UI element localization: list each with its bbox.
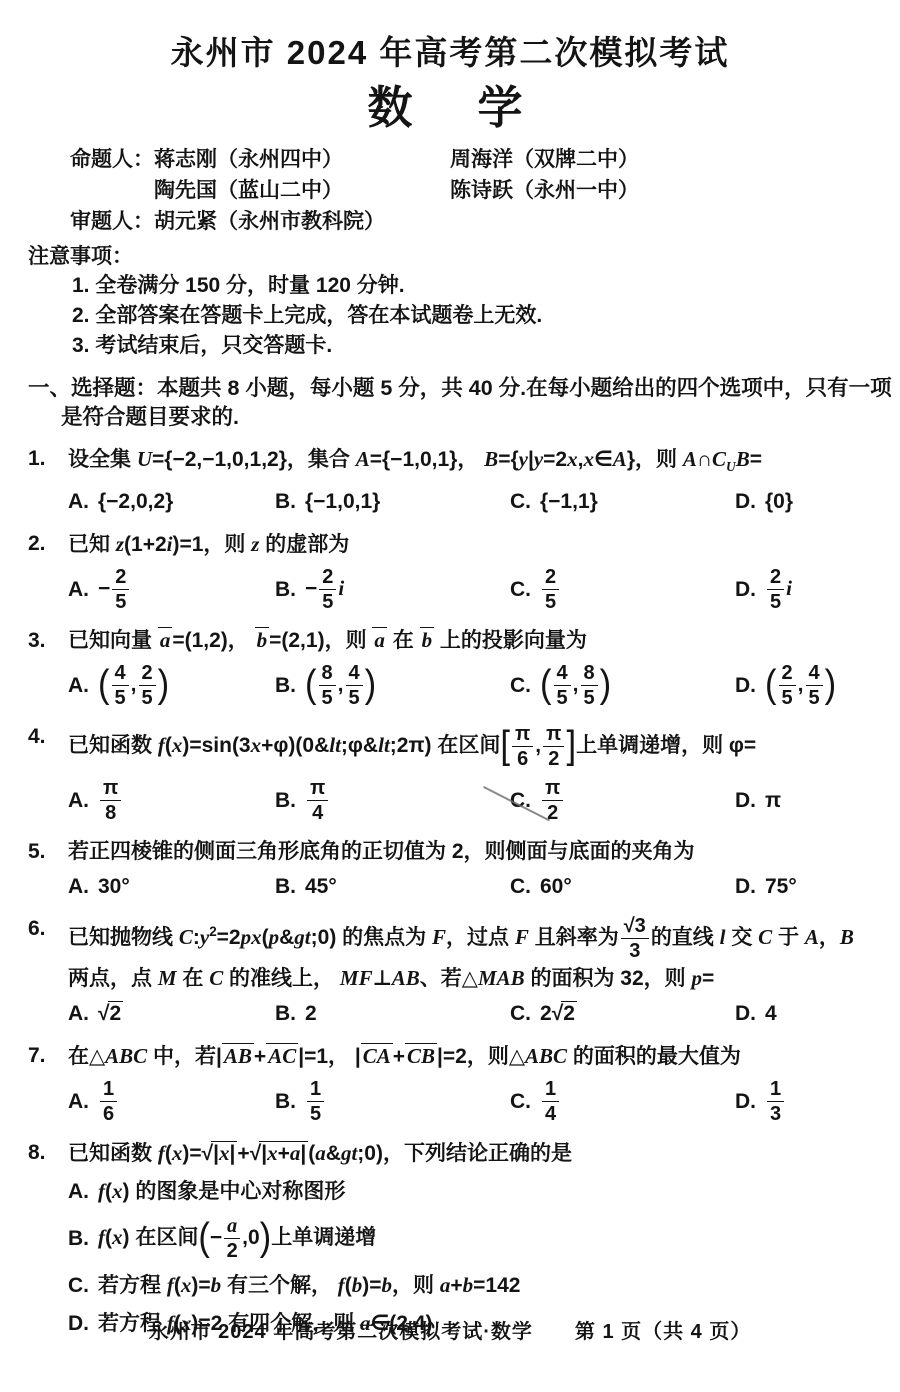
option-value: 25 (540, 565, 561, 614)
notice-item: 3. 考试结束后，只交答题卡. (72, 331, 900, 361)
option: B.f(x) 在区间(−a2,0)上单调递增 (68, 1214, 900, 1263)
option-value: π4 (305, 776, 330, 825)
question: 1.设全集 U={−2,−1,0,1,2}，集合 A={−1,0,1}， B={… (28, 444, 900, 517)
numerator: 2 (767, 566, 784, 590)
fraction: 13 (767, 1078, 784, 1125)
fraction: 45 (806, 662, 823, 709)
fraction: 45 (346, 662, 363, 709)
notice-item: 1. 全卷满分 150 分，时量 120 分钟. (72, 271, 900, 301)
people-row: 命题人：蒋志刚（永州四中）周海洋（双牌二中） (70, 144, 900, 175)
option-label: B. (68, 1224, 89, 1254)
people-role-label: 命题人： (70, 144, 154, 175)
question-stem-row: 6.已知抛物线 C:y2=2px(p&gt;0) 的焦点为 F，过点 F 且斜率… (28, 914, 900, 994)
people-row: 审题人：胡元紧（永州市教科院） (70, 206, 900, 237)
denominator: 2 (227, 1239, 238, 1262)
option-value: 16 (98, 1077, 119, 1126)
question-stem: 已知向量 a=(1,2)， b=(2,1)，则 a 在 b 上的投影向量为 (68, 626, 864, 656)
numerator: 1 (100, 1078, 117, 1102)
notice-title: 注意事项： (28, 243, 900, 271)
fraction: 25 (767, 566, 784, 613)
option-value: 2 (305, 999, 317, 1029)
vector-overline: a (372, 627, 387, 652)
numerator: π (100, 777, 121, 801)
numerator: a (224, 1215, 240, 1239)
option-label: A. (68, 786, 89, 816)
option-value: 4 (765, 999, 777, 1029)
page-footer: 永州市 2024 年高考第二次模拟考试·数学 第 1 页（共 4 页） (0, 1315, 900, 1344)
option-label: B. (275, 487, 296, 517)
person-name (450, 206, 900, 237)
option-label: B. (275, 872, 296, 902)
fraction: 16 (100, 1078, 117, 1125)
option: C.60° (510, 872, 735, 902)
question-stem: 已知函数 f(x)=√|x|+√|x+a|(a&gt;0)，下列结论正确的是 (68, 1138, 864, 1169)
question-stem: 已知 z(1+2i)=1，则 z 的虚部为 (68, 529, 864, 560)
numerator: π (307, 777, 328, 801)
question: 5.若正四棱锥的侧面三角形底角的正切值为 2，则侧面与底面的夹角为A.30°B.… (28, 837, 900, 902)
option: C.25 (510, 565, 735, 614)
person-name: 陈诗跃（永州一中） (450, 175, 900, 206)
big-paren-right: ) (365, 669, 377, 702)
numerator: 4 (112, 662, 129, 686)
numerator: 2 (139, 662, 156, 686)
option-label: A. (68, 1087, 89, 1117)
option-label: B. (275, 1087, 296, 1117)
fraction: √33 (621, 915, 649, 962)
options: A.30°B.45°C.60°D.75° (28, 872, 900, 902)
fraction: 45 (554, 662, 571, 709)
option-label: A. (68, 487, 89, 517)
option-value: 25i (765, 565, 792, 614)
big-paren-left: ( (765, 669, 777, 702)
option-value: 14 (540, 1077, 561, 1126)
option-value: f(x) 在区间(−a2,0)上单调递增 (98, 1214, 376, 1263)
radical: √|x+a| (250, 1142, 309, 1165)
question-stem-row: 5.若正四棱锥的侧面三角形底角的正切值为 2，则侧面与底面的夹角为 (28, 837, 900, 867)
option: B.45° (275, 872, 510, 902)
options: A.√2B.2C.2√2D.4 (28, 999, 900, 1029)
option-value: −25 (98, 565, 131, 614)
option-value: 60° (540, 872, 572, 902)
option: D.75° (735, 872, 900, 902)
option: C.14 (510, 1077, 735, 1126)
fraction: 25 (112, 566, 129, 613)
question-stem-row: 4.已知函数 f(x)=sin(3x+φ)(0&lt;φ&lt;2π) 在区间[… (28, 722, 900, 771)
option-label: C. (510, 999, 531, 1029)
question: 3.已知向量 a=(1,2)， b=(2,1)，则 a 在 b 上的投影向量为A… (28, 626, 900, 710)
option-label: A. (68, 671, 89, 701)
exam-page: 永州市 2024 年高考第二次模拟考试 数 学 命题人：蒋志刚（永州四中）周海洋… (0, 0, 900, 1392)
numerator: 2 (319, 566, 336, 590)
fraction: 25 (319, 566, 336, 613)
numerator: π (543, 723, 564, 747)
option: B.−25i (275, 565, 510, 614)
option-label: B. (275, 786, 296, 816)
denominator: 5 (782, 686, 793, 709)
option-label: C. (510, 872, 531, 902)
numerator: π (512, 723, 533, 747)
denominator: 5 (584, 686, 595, 709)
option-value: √2 (98, 999, 123, 1029)
numerator: 2 (542, 566, 559, 590)
options: A.−25B.−25iC.25D.25i (28, 565, 900, 614)
question-stem-row: 1.设全集 U={−2,−1,0,1,2}，集合 A={−1,0,1}， B={… (28, 444, 900, 482)
numerator: 4 (554, 662, 571, 686)
denominator: 6 (517, 747, 528, 770)
radical: √|x| (202, 1142, 238, 1165)
option: C.(45,85) (510, 661, 735, 710)
denominator: 5 (349, 686, 360, 709)
question: 2.已知 z(1+2i)=1，则 z 的虚部为A.−25B.−25iC.25D.… (28, 529, 900, 614)
question-number: 4. (28, 722, 68, 771)
denominator: 4 (545, 1102, 556, 1125)
person-name: 陶先国（蓝山二中） (154, 175, 450, 206)
option: A.−25 (68, 565, 275, 614)
people-row: 陶先国（蓝山二中）陈诗跃（永州一中） (70, 175, 900, 206)
big-paren-left: ( (540, 669, 552, 702)
option-label: B. (275, 575, 296, 605)
option-value: (25,45) (765, 661, 836, 710)
section-heading: 一、选择题：本题共 8 小题，每小题 5 分，共 40 分.在每小题给出的四个选… (28, 374, 899, 432)
option: D.{0} (735, 487, 900, 517)
option: B.{−1,0,1} (275, 487, 510, 517)
option-label: D. (735, 575, 756, 605)
denominator: 5 (557, 686, 568, 709)
option: C.{−1,1} (510, 487, 735, 517)
option: A.π8 (68, 776, 275, 825)
numerator: 1 (307, 1078, 324, 1102)
question-stem-row: 2.已知 z(1+2i)=1，则 z 的虚部为 (28, 529, 900, 560)
option-value: {−2,0,2} (98, 487, 173, 517)
option-label: D. (735, 487, 756, 517)
fraction: 25 (139, 662, 156, 709)
option-label: B. (275, 671, 296, 701)
question-stem: 若正四棱锥的侧面三角形底角的正切值为 2，则侧面与底面的夹角为 (68, 837, 864, 867)
exam-setters: 命题人：蒋志刚（永州四中）周海洋（双牌二中）陶先国（蓝山二中）陈诗跃（永州一中）… (70, 144, 900, 237)
question-number: 5. (28, 837, 68, 867)
option-label: C. (510, 575, 531, 605)
question-number: 8. (28, 1138, 68, 1169)
option-value: π8 (98, 776, 123, 825)
options: A.π8B.π4C.π2D.π (28, 776, 900, 825)
radicand: |x+a| (259, 1141, 308, 1165)
fraction: π4 (307, 777, 328, 824)
big-paren-left: ( (98, 669, 110, 702)
fraction: 45 (112, 662, 129, 709)
question: 8.已知函数 f(x)=√|x|+√|x+a|(a&gt;0)，下列结论正确的是… (28, 1138, 900, 1339)
option: C.若方程 f(x)=b 有三个解， f(b)=b，则 a+b=142 (68, 1270, 900, 1301)
option-label: D. (735, 671, 756, 701)
fraction: 85 (581, 662, 598, 709)
big-bracket-left: [ (500, 730, 510, 763)
superscript: 2 (209, 924, 216, 939)
fraction: π8 (100, 777, 121, 824)
denominator: 4 (312, 801, 323, 824)
option: D.π (735, 786, 900, 816)
question-number: 3. (28, 626, 68, 656)
radicand: 2 (561, 1001, 577, 1025)
options: A.(45,25)B.(85,45)C.(45,85)D.(25,45) (28, 661, 900, 710)
denominator: 8 (105, 801, 116, 824)
question: 4.已知函数 f(x)=sin(3x+φ)(0&lt;φ&lt;2π) 在区间[… (28, 722, 900, 825)
option-label: D. (735, 999, 756, 1029)
option-value: 2√2 (540, 999, 577, 1029)
option: A.√2 (68, 999, 275, 1029)
big-paren-right: ) (158, 669, 170, 702)
fraction: 25 (542, 566, 559, 613)
option-value: −25i (305, 565, 344, 614)
big-paren-left: ( (198, 1222, 210, 1255)
option-label: C. (68, 1271, 89, 1301)
vector-overline: a (158, 627, 173, 652)
big-paren-right: ) (260, 1222, 272, 1255)
option: A.16 (68, 1077, 275, 1126)
option-label: B. (275, 999, 296, 1029)
big-paren-left: ( (305, 669, 317, 702)
option-label: C. (510, 671, 531, 701)
numerator: 8 (319, 662, 336, 686)
options: A.{−2,0,2}B.{−1,0,1}C.{−1,1}D.{0} (28, 487, 900, 517)
denominator: 3 (629, 939, 640, 962)
people-role-label: 审题人： (70, 206, 154, 237)
fraction: a2 (224, 1215, 240, 1262)
numerator: 1 (767, 1078, 784, 1102)
option-label: C. (510, 487, 531, 517)
notice-list: 1. 全卷满分 150 分，时量 120 分钟.2. 全部答案在答题卡上完成，答… (72, 271, 900, 361)
numerator: 4 (346, 662, 363, 686)
option: A.30° (68, 872, 275, 902)
vector-overline: AC (266, 1043, 298, 1068)
person-name: 蒋志刚（永州四中） (154, 144, 450, 175)
option: A.f(x) 的图象是中心对称图形 (68, 1176, 900, 1207)
exam-title: 永州市 2024 年高考第二次模拟考试 (0, 30, 900, 76)
denominator: 5 (115, 590, 126, 613)
people-role-label (70, 175, 154, 206)
option-value: 若方程 f(x)=b 有三个解， f(b)=b，则 a+b=142 (98, 1270, 520, 1301)
big-paren-right: ) (825, 669, 837, 702)
question-number: 2. (28, 529, 68, 560)
vector-overline: AB (222, 1043, 254, 1068)
fraction: 85 (319, 662, 336, 709)
option-value: (45,25) (98, 661, 169, 710)
vector-overline: b (255, 627, 270, 652)
numerator: π (542, 777, 563, 801)
numerator: √3 (621, 915, 649, 939)
denominator: 5 (310, 1102, 321, 1125)
question-stem: 已知函数 f(x)=sin(3x+φ)(0&lt;φ&lt;2π) 在区间[π6… (68, 722, 864, 771)
numerator: 1 (542, 1078, 559, 1102)
option-value: 75° (765, 872, 797, 902)
denominator: 5 (142, 686, 153, 709)
option: A.{−2,0,2} (68, 487, 275, 517)
denominator: 2 (548, 747, 559, 770)
option: B.2 (275, 999, 510, 1029)
fraction: π2 (543, 723, 564, 770)
numerator: 4 (806, 662, 823, 686)
big-paren-right: ) (600, 669, 612, 702)
option-label: C. (510, 1087, 531, 1117)
subscript: U (726, 459, 736, 474)
fraction: 15 (307, 1078, 324, 1125)
option: D.25i (735, 565, 900, 614)
denominator: 5 (809, 686, 820, 709)
option-value: f(x) 的图象是中心对称图形 (98, 1176, 345, 1207)
option-value: π (765, 786, 781, 816)
big-bracket-right: ] (566, 730, 576, 763)
subject-title: 数 学 (0, 80, 900, 136)
question-stem-row: 8.已知函数 f(x)=√|x|+√|x+a|(a&gt;0)，下列结论正确的是 (28, 1138, 900, 1169)
question-stem: 已知抛物线 C:y2=2px(p&gt;0) 的焦点为 F，过点 F 且斜率为√… (68, 914, 864, 994)
numerator: 2 (112, 566, 129, 590)
person-name: 胡元紧（永州市教科院） (154, 206, 450, 237)
vector-overline: CA (361, 1043, 393, 1068)
question-stem: 设全集 U={−2,−1,0,1,2}，集合 A={−1,0,1}， B={y|… (68, 444, 864, 482)
denominator: 5 (322, 590, 333, 613)
option: D.13 (735, 1077, 900, 1126)
question: 7.在△ABC 中，若|AB+AC|=1， |CA+CB|=2，则△ABC 的面… (28, 1041, 900, 1126)
question-number: 1. (28, 444, 68, 482)
radical: √2 (98, 1002, 123, 1025)
question-stem: 在△ABC 中，若|AB+AC|=1， |CA+CB|=2，则△ABC 的面积的… (68, 1041, 864, 1072)
option: C.2√2 (510, 999, 735, 1029)
option: D.(25,45) (735, 661, 900, 710)
option-value: 30° (98, 872, 130, 902)
option-value: 45° (305, 872, 337, 902)
option-value: 15 (305, 1077, 326, 1126)
fraction: π6 (512, 723, 533, 770)
questions: 1.设全集 U={−2,−1,0,1,2}，集合 A={−1,0,1}， B={… (0, 444, 900, 1339)
denominator: 5 (322, 686, 333, 709)
numerator: 8 (581, 662, 598, 686)
option-label: D. (735, 786, 756, 816)
option: B.(85,45) (275, 661, 510, 710)
option: D.4 (735, 999, 900, 1029)
vector-overline: CB (405, 1043, 437, 1068)
option-value: {−1,1} (540, 487, 598, 517)
option-value: {−1,0,1} (305, 487, 380, 517)
denominator: 6 (103, 1102, 114, 1125)
option: A.(45,25) (68, 661, 275, 710)
fraction: 25 (779, 662, 796, 709)
option-label: A. (68, 999, 89, 1029)
option-label: A. (68, 575, 89, 605)
option: B.π4 (275, 776, 510, 825)
fraction: 14 (542, 1078, 559, 1125)
question-number: 7. (28, 1041, 68, 1072)
denominator: 3 (770, 1102, 781, 1125)
numerator: 2 (779, 662, 796, 686)
option-label: A. (68, 872, 89, 902)
notice-item: 2. 全部答案在答题卡上完成，答在本试题卷上无效. (72, 301, 900, 331)
option-value: (85,45) (305, 661, 376, 710)
question: 6.已知抛物线 C:y2=2px(p&gt;0) 的焦点为 F，过点 F 且斜率… (28, 914, 900, 1029)
options: A.16B.15C.14D.13 (28, 1077, 900, 1126)
denominator: 5 (115, 686, 126, 709)
denominator: 5 (545, 590, 556, 613)
radical: √2 (552, 1002, 577, 1025)
denominator: 5 (770, 590, 781, 613)
option: B.15 (275, 1077, 510, 1126)
radicand: 2 (108, 1001, 124, 1025)
option-value: (45,85) (540, 661, 611, 710)
option-label: D. (735, 872, 756, 902)
vector-overline: b (420, 627, 435, 652)
option-label: D. (735, 1087, 756, 1117)
option-value: 13 (765, 1077, 786, 1126)
question-number: 6. (28, 914, 68, 994)
question-stem-row: 3.已知向量 a=(1,2)， b=(2,1)，则 a 在 b 上的投影向量为 (28, 626, 900, 656)
person-name: 周海洋（双牌二中） (450, 144, 900, 175)
option-label: A. (68, 1177, 89, 1207)
option-value: {0} (765, 487, 793, 517)
radicand: |x| (211, 1141, 237, 1165)
question-stem-row: 7.在△ABC 中，若|AB+AC|=1， |CA+CB|=2，则△ABC 的面… (28, 1041, 900, 1072)
